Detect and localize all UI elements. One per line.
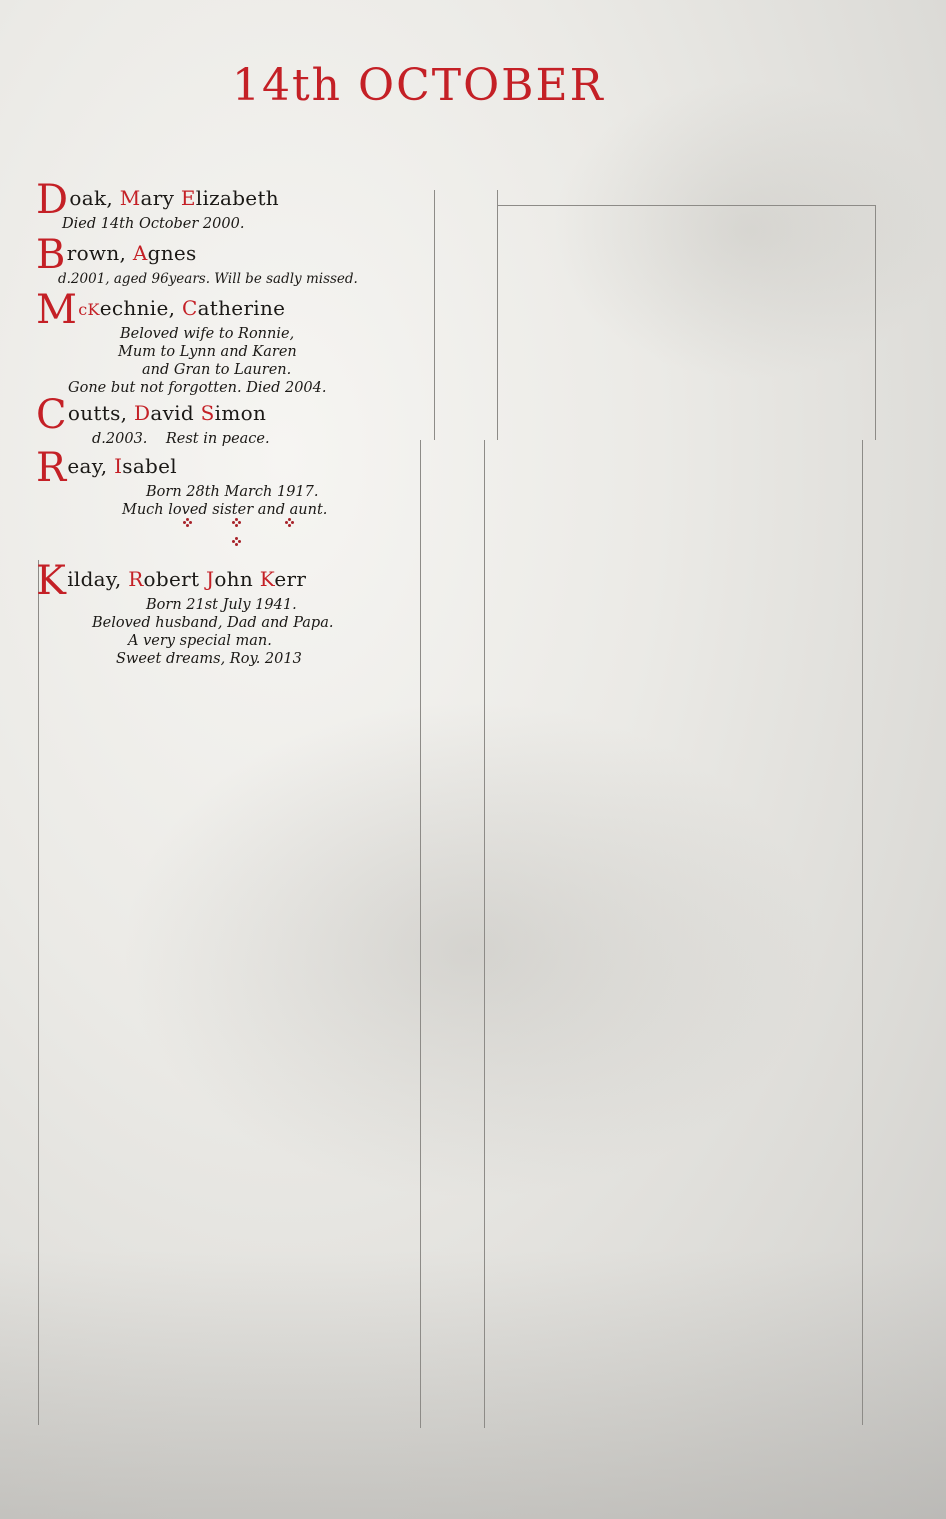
- given-initial: K: [260, 567, 275, 591]
- paper-shadow: [0, 1250, 946, 1519]
- entry-name: Kilday, Robert John Kerr: [36, 566, 436, 596]
- entry-line: Born 21st July 1941.: [36, 596, 436, 614]
- entry-line: Died 14th October 2000.: [36, 215, 436, 233]
- paper-shadow: [550, 80, 946, 380]
- given-name: avid: [150, 401, 194, 425]
- given-name: err: [274, 567, 306, 591]
- given-initial: D: [134, 401, 150, 425]
- memorial-entry: Doak, Mary Elizabeth Died 14th October 2…: [36, 185, 436, 233]
- page-title: 14th OCTOBER: [232, 60, 712, 111]
- memorial-entry: Kilday, Robert John Kerr Born 21st July …: [36, 566, 436, 668]
- surname: echnie,: [100, 296, 176, 320]
- entry-line: Gone but not forgotten. Died 2004.: [36, 379, 436, 397]
- entry-name: Brown, Agnes: [36, 240, 436, 270]
- entry-name: Reay, Isabel: [36, 453, 436, 483]
- given-name: ohn: [214, 567, 253, 591]
- entry-line: and Gran to Lauren.: [36, 361, 436, 379]
- surname: rown,: [67, 241, 126, 265]
- drop-capital: K: [36, 558, 66, 604]
- given-name: obert: [144, 567, 200, 591]
- given-name: ary: [140, 186, 174, 210]
- entry-line: Born 28th March 1917.: [36, 483, 436, 501]
- given-name: sabel: [122, 454, 177, 478]
- column2-top-rule: [497, 205, 875, 206]
- entry-line: Sweet dreams, Roy. 2013: [36, 650, 436, 668]
- given-initial: A: [133, 241, 148, 265]
- paper-shadow: [120, 700, 820, 1200]
- surname: outts,: [68, 401, 127, 425]
- column2-right-rule: [875, 205, 876, 440]
- given-name: lizabeth: [196, 186, 279, 210]
- entry-line: d.2001, aged 96years. Will be sadly miss…: [36, 270, 436, 288]
- given-name: imon: [215, 401, 266, 425]
- entry-line: d.2003. Rest in peace.: [36, 430, 436, 448]
- left-margin-rule: [38, 560, 39, 1425]
- drop-capital: R: [36, 445, 66, 491]
- quatrefoil-dot-ornament-icon: [232, 537, 242, 547]
- column2-right-rule-lower: [862, 440, 863, 1425]
- memorial-entry: McKechnie, Catherine Beloved wife to Ron…: [36, 295, 436, 397]
- drop-capital: M: [36, 287, 77, 333]
- surname: eay,: [67, 454, 107, 478]
- quatrefoil-dot-ornament-icon: [183, 518, 193, 528]
- drop-capital: C: [36, 392, 67, 438]
- surname-red-part: cK: [78, 300, 100, 319]
- entry-name: Doak, Mary Elizabeth: [36, 185, 436, 215]
- entry-line: A very special man.: [36, 632, 436, 650]
- given-initial: S: [201, 401, 215, 425]
- entry-line: Beloved wife to Ronnie,: [36, 325, 436, 343]
- surname: oak,: [69, 186, 113, 210]
- given-initial: M: [120, 186, 141, 210]
- given-initial: E: [181, 186, 196, 210]
- given-initial: R: [128, 567, 143, 591]
- surname: ilday,: [67, 567, 121, 591]
- quatrefoil-dot-ornament-icon: [232, 518, 242, 528]
- given-name: atherine: [198, 296, 286, 320]
- entry-line: Mum to Lynn and Karen: [36, 343, 436, 361]
- memorial-entry: Brown, Agnes d.2001, aged 96years. Will …: [36, 240, 436, 288]
- memorial-entry: Reay, Isabel Born 28th March 1917. Much …: [36, 453, 436, 519]
- column2-left-rule-lower: [484, 440, 485, 1428]
- entry-name: McKechnie, Catherine: [36, 295, 436, 325]
- memorial-entry: Coutts, David Simon d.2003. Rest in peac…: [36, 400, 436, 448]
- given-initial: C: [182, 296, 198, 320]
- given-name: gnes: [148, 241, 197, 265]
- entry-line: Beloved husband, Dad and Papa.: [36, 614, 436, 632]
- entry-name: Coutts, David Simon: [36, 400, 436, 430]
- column2-left-rule: [497, 190, 498, 440]
- entry-line: Much loved sister and aunt.: [36, 501, 436, 519]
- quatrefoil-dot-ornament-icon: [285, 518, 295, 528]
